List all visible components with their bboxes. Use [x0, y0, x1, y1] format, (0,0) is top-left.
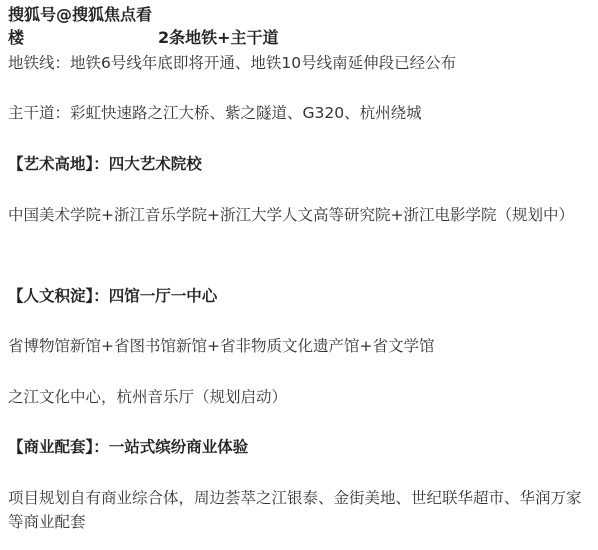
paragraph-metro: 地铁线：地铁6号线年底即将开通、地铁10号线南延伸段已经公布: [8, 51, 456, 75]
section-heading-culture: 【人文积淀】：四馆一厅一中心: [8, 284, 217, 308]
paragraph-culture-center: 之江文化中心，杭州音乐厅（规划启动）: [8, 385, 287, 409]
section-heading-transport: 搜狐号@搜狐焦点看楼2条地铁+主干道: [8, 2, 279, 48]
section-heading-commerce: 【商业配套】：一站式缤纷商业体验: [8, 435, 248, 459]
paragraph-commerce: 项目规划自有商业综合体，周边荟萃之江银泰、金街美地、世纪联华超市、华润万家等商业…: [8, 486, 593, 534]
section-heading-art: 【艺术高地】：四大艺术院校: [8, 152, 202, 176]
paragraph-roads: 主干道：彩虹快速路之江大桥、紫之隧道、G320、杭州绕城: [8, 101, 422, 125]
paragraph-schools: 中国美术学院+浙江音乐学院+浙江大学人文高等研究院+浙江电影学院（规划中）: [8, 203, 593, 227]
paragraph-museums: 省博物馆新馆+省图书馆新馆+省非物质文化遗产馆+省文学馆: [8, 334, 434, 358]
watermark-overlay: 搜狐号@搜狐焦点看楼: [8, 2, 158, 48]
